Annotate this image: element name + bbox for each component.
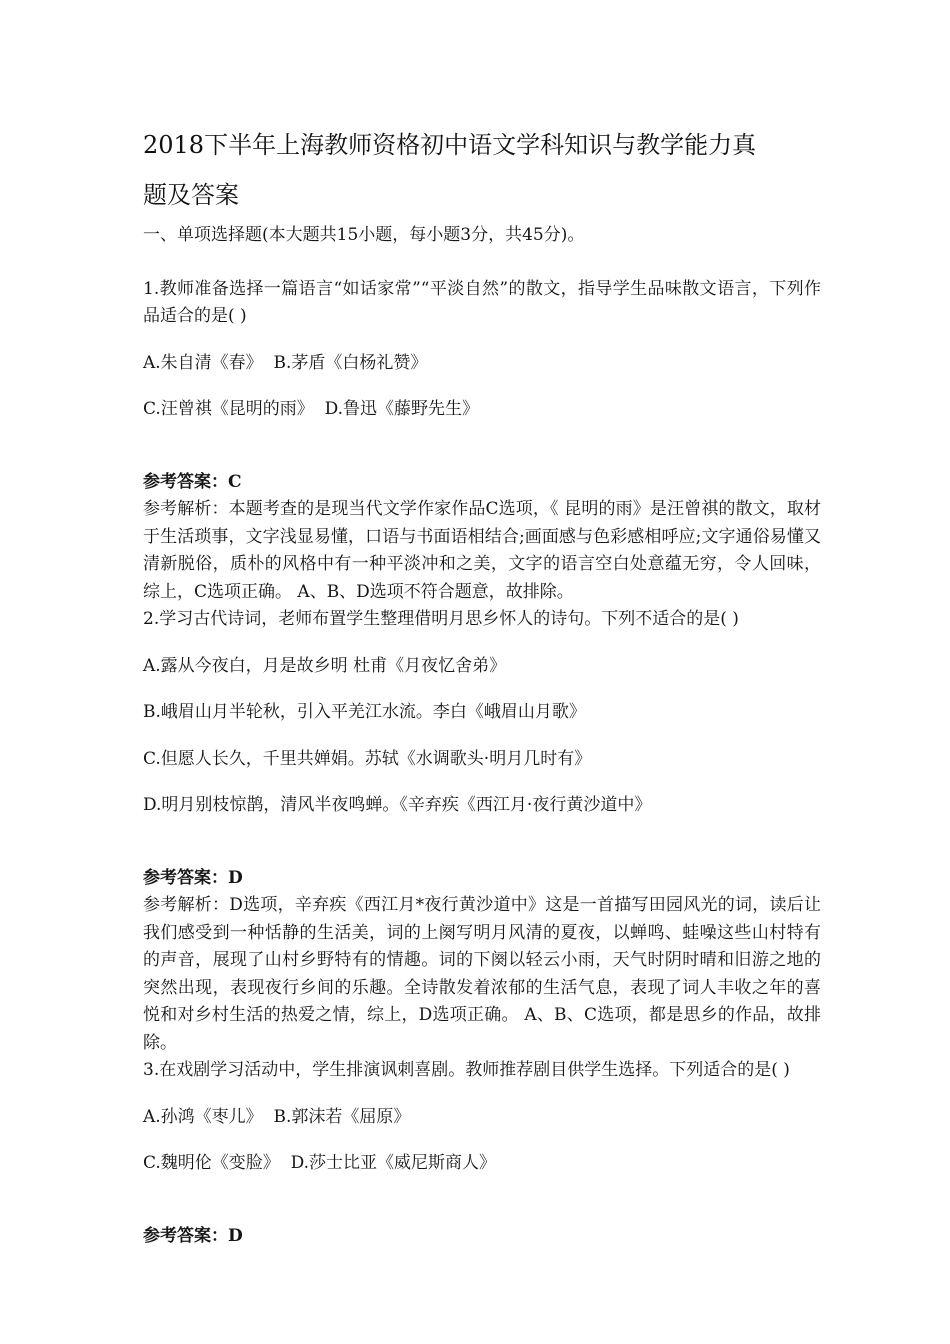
question-2-option-d: D.明月别枝惊鹊，清风半夜鸣蝉。《辛弃疾《西江月·夜行黄沙道中》 — [143, 792, 821, 820]
question-2-option-c: C.但愿人长久，千里共婵娟。苏轼《水调歌头·明月几时有》 — [143, 746, 821, 774]
page-title-line-1: 2018下半年上海教师资格初中语文学科知识与教学能力真 — [143, 131, 756, 159]
document-page: 2018下半年上海教师资格初中语文学科知识与教学能力真题及答案 一、单项选择题(… — [0, 0, 950, 1344]
question-1-analysis: 参考解析：本题考查的是现当代文学作家作品C选项，《 昆明的雨》是汪曾祺的散文，取… — [143, 496, 821, 606]
question-2-option-b: B.峨眉山月半轮秋，引入平羌江水流。李白《峨眉山月歌》 — [143, 699, 821, 727]
question-1-options-row-ab: A.朱自清《春》 B.茅盾《白杨礼赞》 — [143, 350, 821, 378]
question-3-stem: 3.在戏剧学习活动中，学生排演讽刺喜剧。教师推荐剧目供学生选择。下列适合的是( … — [143, 1057, 821, 1085]
section-header: 一、单项选择题(本大题共15小题，每小题3分，共45分)。 — [143, 222, 821, 250]
page-title-line-2: 题及答案 — [143, 181, 239, 209]
question-1-answer: 参考答案：C — [143, 469, 821, 497]
question-3-options-row-ab: A.孙鸿《枣儿》 B.郭沫若《屈原》 — [143, 1104, 821, 1132]
question-1-options-row-cd: C.汪曾祺《昆明的雨》 D.鲁迅《藤野先生》 — [143, 396, 821, 424]
question-2-answer: 参考答案：D — [143, 865, 821, 893]
page-title: 2018下半年上海教师资格初中语文学科知识与教学能力真题及答案 — [143, 120, 821, 220]
question-3-answer: 参考答案：D — [143, 1223, 821, 1251]
question-2-stem: 2.学习古代诗词，老师布置学生整理借明月思乡怀人的诗句。下列不适合的是( ) — [143, 606, 821, 634]
question-3-options-row-cd: C.魏明伦《变脸》 D.莎士比亚《威尼斯商人》 — [143, 1150, 821, 1178]
question-2-option-a: A.露从今夜白，月是故乡明 杜甫《月夜忆舍弟》 — [143, 653, 821, 681]
question-2-analysis: 参考解析：D选项，辛弃疾《西江月*夜行黄沙道中》这是一首描写田园风光的词，读后让… — [143, 892, 821, 1057]
question-1-stem: 1.教师准备选择一篇语言“如话家常”“平淡自然”的散文，指导学生品味散文语言，下… — [143, 276, 821, 331]
